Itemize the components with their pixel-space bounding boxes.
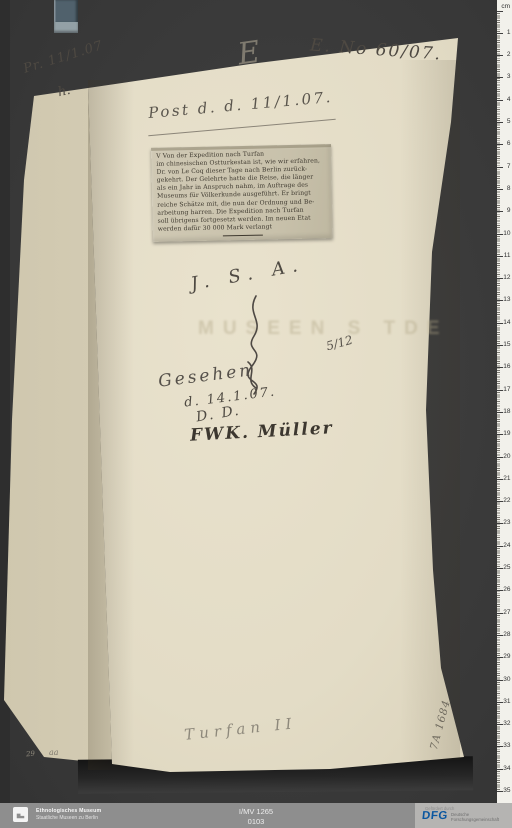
ruler-cm-tick — [497, 211, 503, 212]
ruler-cm-tick — [497, 635, 503, 636]
ruler-cm-number: 4 — [507, 96, 511, 104]
ruler-cm-tick — [497, 390, 503, 391]
pencil-monogram: E — [236, 35, 263, 73]
ruler-cm-number: 31 — [503, 698, 510, 706]
ruler-cm-number: 35 — [503, 787, 510, 795]
ruler-cm-tick — [497, 100, 503, 101]
ruler-cm-tick — [497, 702, 503, 703]
ruler-cm-tick — [497, 412, 503, 413]
ruler-cm-number: 3 — [507, 73, 511, 81]
digitization-footer: Ethnologisches Museum Staatliche Museen … — [0, 803, 512, 828]
ruler-cm-tick — [497, 657, 503, 658]
ruler-cm-number: 14 — [503, 319, 510, 327]
ruler-cm-tick — [497, 11, 503, 12]
ruler-cm-tick — [497, 256, 503, 257]
dfg-logo: DFG — [421, 810, 448, 822]
ruler-minor-ticks — [497, 11, 500, 792]
binder-clip-tab — [54, 22, 78, 33]
ruler-cm-number: 30 — [503, 676, 510, 684]
ruler-cm-number: 5 — [507, 118, 511, 126]
dfg-funding-box: Gefördert durch DFG Deutsche Forschungsg… — [415, 803, 512, 828]
ruler-cm-tick — [497, 122, 503, 123]
ruler-cm-number: 7 — [507, 163, 511, 171]
ruler-cm-number: 24 — [503, 542, 510, 550]
ruler-cm-tick — [497, 77, 503, 78]
newspaper-clipping: V Von der Expedition nach Turfan im chin… — [151, 144, 333, 242]
ruler-cm-number: 28 — [503, 631, 510, 639]
ruler-cm-tick — [497, 546, 503, 547]
ruler-cm-tick — [497, 724, 503, 725]
ruler-cm-number: 23 — [503, 519, 510, 527]
ruler-cm-number: 11 — [504, 252, 511, 260]
dfg-wordmark: Deutsche Forschungsgemeinschaft — [451, 812, 499, 822]
ruler-cm-tick — [497, 144, 503, 145]
ruler-cm-tick — [497, 523, 503, 524]
ruler-cm-number: 34 — [503, 765, 510, 773]
ruler-cm-tick — [497, 167, 503, 168]
ruler-cm-tick — [497, 568, 503, 569]
ruler-cm-number: 19 — [503, 430, 510, 438]
ruler-cm-number: 15 — [503, 341, 510, 349]
ruler-cm-number: 10 — [503, 230, 510, 238]
ruler-cm-number: 29 — [503, 653, 510, 661]
ruler-cm-number: 1 — [507, 29, 511, 37]
ruler-cm-tick — [497, 189, 503, 190]
ruler-cm-number: 18 — [503, 408, 510, 416]
ruler-cm-number: 20 — [503, 453, 510, 461]
ruler-cm-tick — [497, 769, 503, 770]
page-edge-shading — [400, 60, 460, 760]
ruler-cm-number: 16 — [503, 363, 510, 371]
ruler-cm-tick — [497, 278, 503, 279]
ruler-cm-tick — [497, 590, 503, 591]
ruler-cm-number: 13 — [503, 296, 510, 304]
ruler-scale: cm 1234567891011121314151617181920212223… — [497, 0, 512, 803]
ruler-cm-number: 6 — [507, 140, 511, 148]
ruler-cm-tick — [497, 367, 503, 368]
ruler-cm-tick — [497, 680, 503, 681]
dfg-wordmark-line2: Forschungsgemeinschaft — [451, 817, 499, 822]
ruler-unit-label: cm — [501, 3, 510, 10]
ruler-cm-number: 12 — [503, 274, 510, 282]
ruler-cm-number: 17 — [503, 386, 510, 394]
ruler-cm-tick — [497, 33, 503, 34]
ruler-cm-tick — [497, 746, 503, 747]
ruler-cm-number: 2 — [507, 51, 511, 59]
ruler-cm-number: 33 — [503, 742, 510, 750]
ruler-cm-number: 22 — [503, 497, 510, 505]
ruler-cm-number: 21 — [503, 475, 510, 483]
ruler-cm-tick — [497, 501, 503, 502]
ruler-cm-number: 9 — [507, 207, 511, 215]
ruler-cm-number: 25 — [503, 564, 510, 572]
ruler-cm-tick — [497, 345, 503, 346]
ruler-cm-tick — [497, 434, 503, 435]
ruler-cm-number: 26 — [503, 586, 510, 594]
ruler-cm-number: 32 — [503, 720, 510, 728]
ruler-cm-number: 27 — [503, 609, 510, 617]
gutter-shading — [88, 80, 134, 770]
scanned-archive-page: MUSEEN S TDE V Von der Expedition nach T… — [0, 0, 512, 828]
ruler-cm-tick — [497, 55, 503, 56]
ruler-cm-tick — [497, 613, 503, 614]
ruler-cm-number: 8 — [507, 185, 511, 193]
binder-clip — [54, 0, 78, 23]
ruler-cm-tick — [497, 457, 503, 458]
ruler-cm-tick — [497, 323, 503, 324]
ruler-cm-tick — [497, 791, 503, 792]
ruler-cm-tick — [497, 300, 503, 301]
ruler-cm-tick — [497, 479, 503, 480]
corner-pencil-mark-right: aa — [49, 748, 59, 757]
corner-pencil-mark-left: 29 — [26, 750, 36, 759]
ruler-cm-tick — [497, 234, 503, 235]
